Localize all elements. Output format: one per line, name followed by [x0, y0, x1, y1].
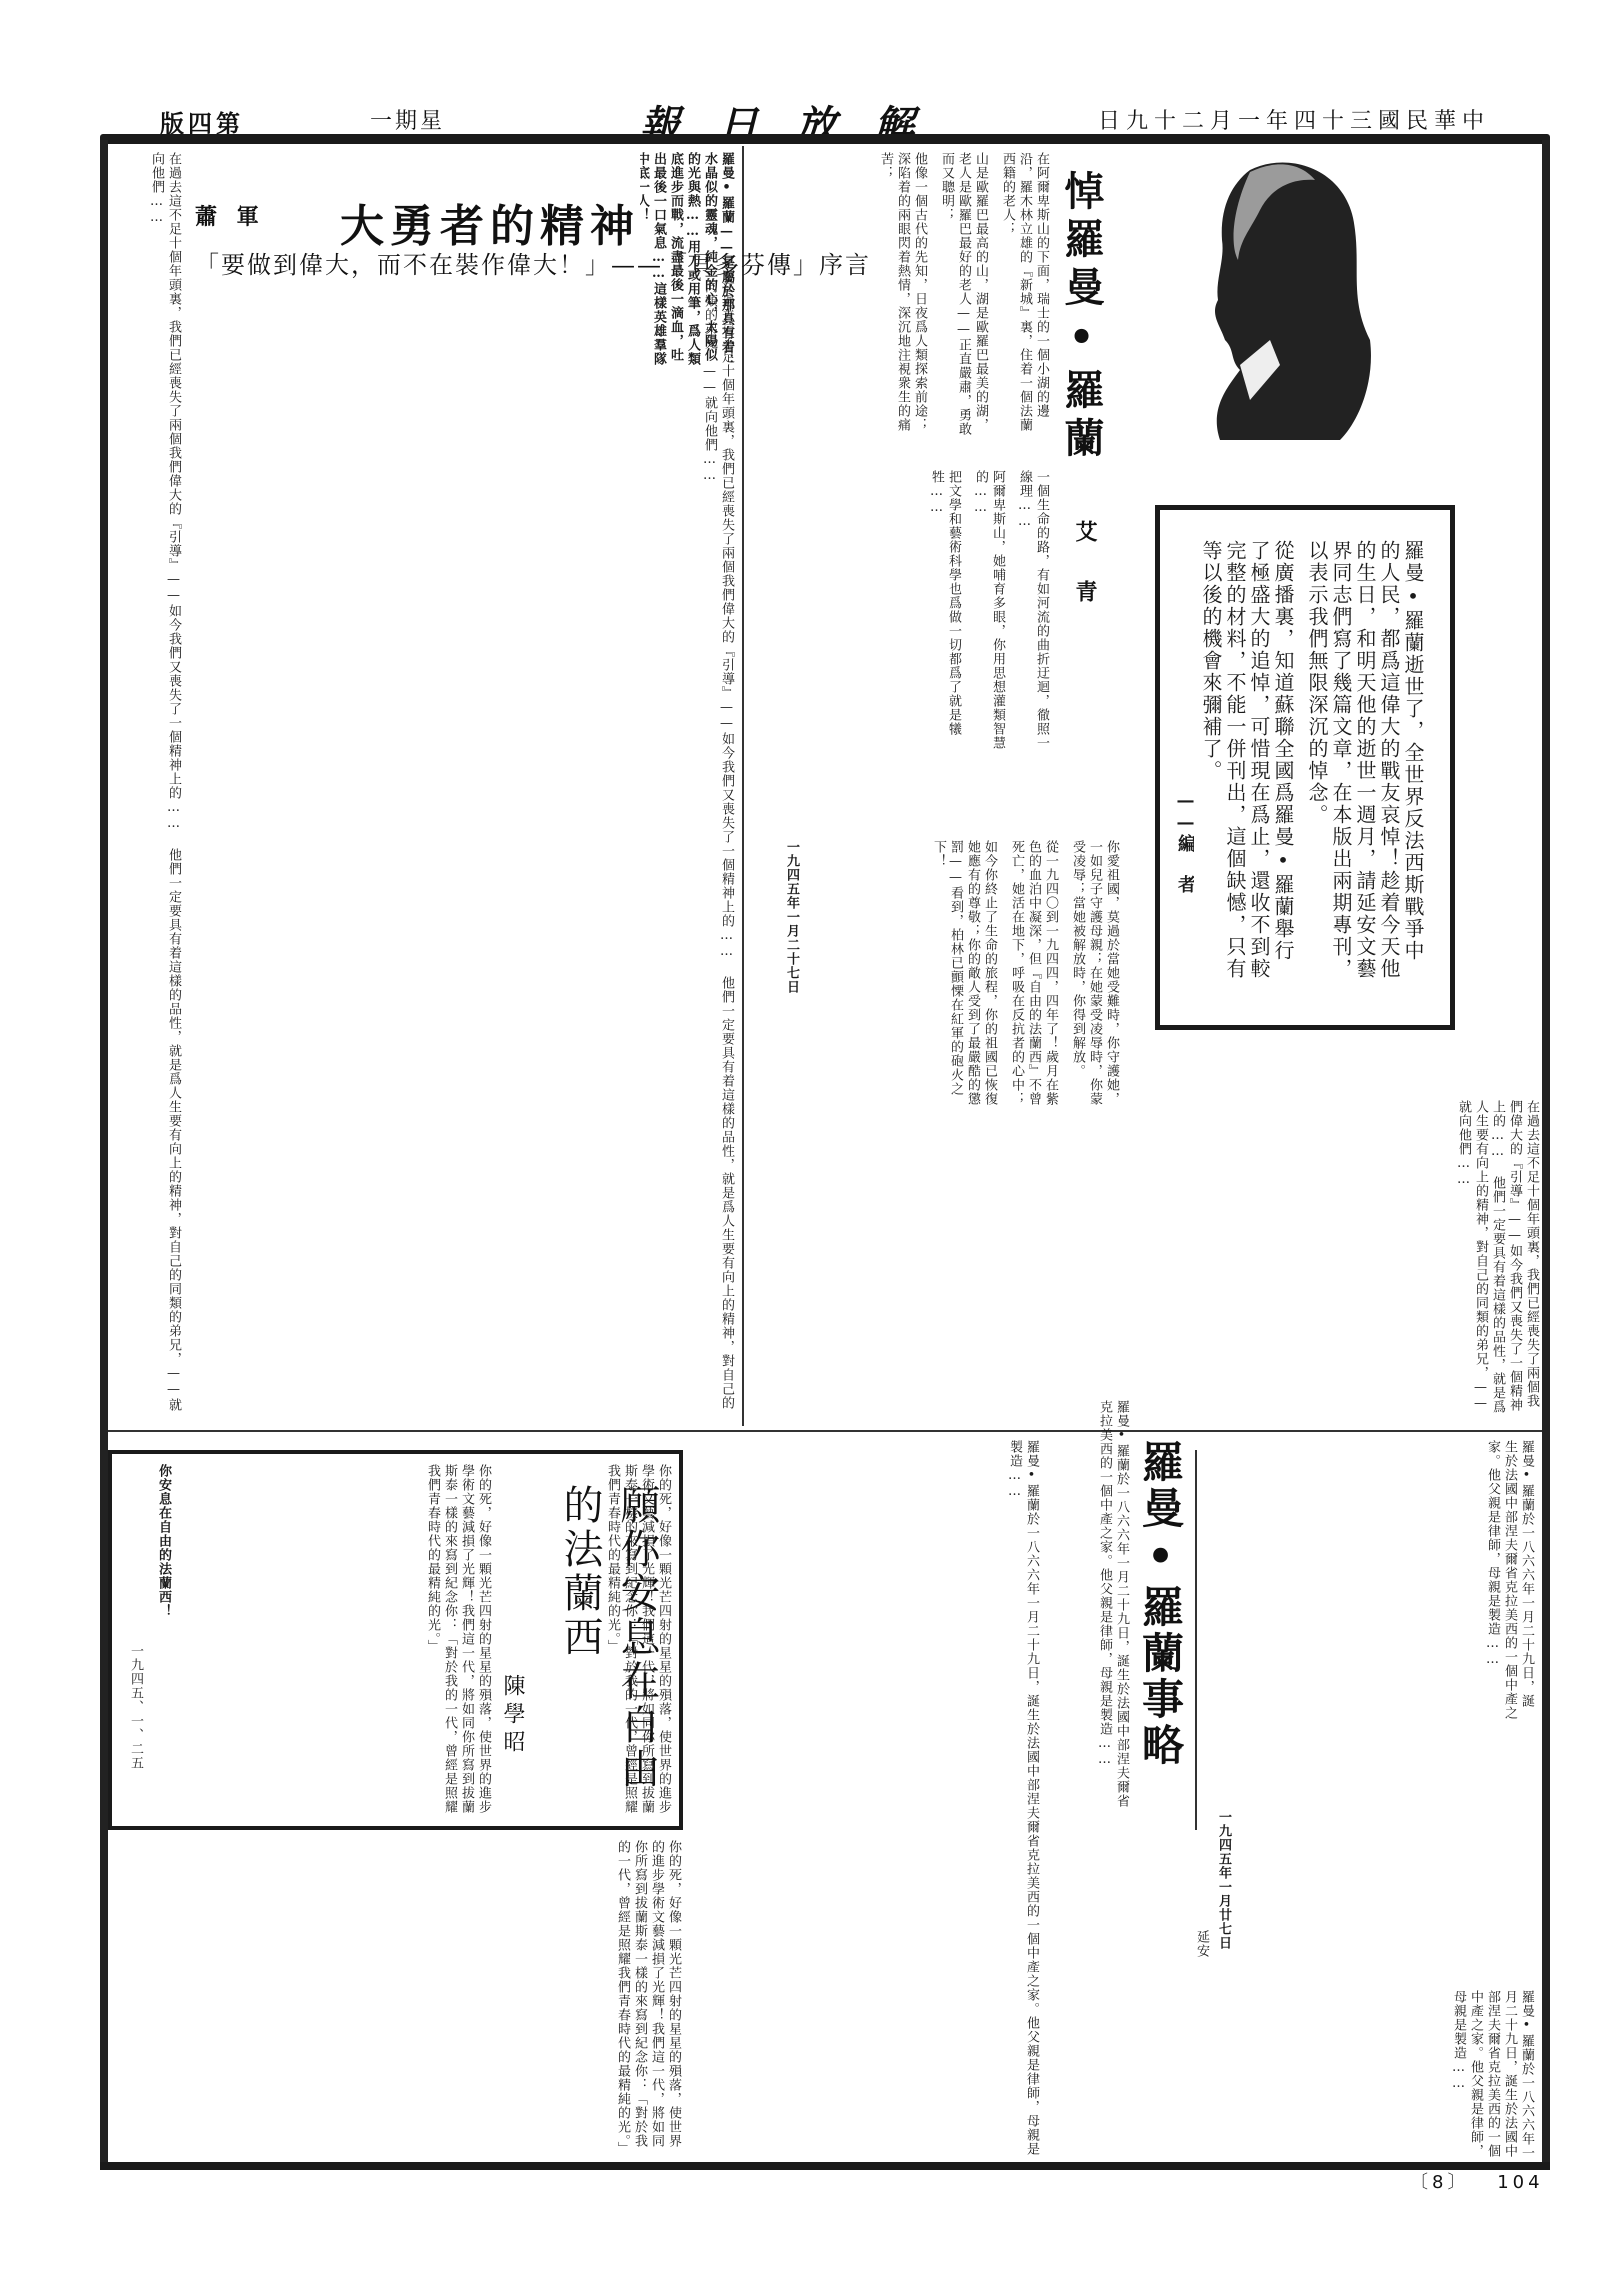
editor-note-text: 羅曼•羅蘭逝世了，全世界反法西斯戰爭中的人民，都爲這偉大的戰友哀悼！趁着今天他的…	[1200, 540, 1425, 980]
poem-verses-top: 在阿爾卑斯山的下面，瑞士的一個小湖的邊沿，羅木林立雄的『新城』裏，住着一個法蘭西…	[760, 152, 1050, 442]
page-number: 〔8〕	[1410, 2172, 1469, 2193]
romain-rolland-portrait-icon	[1180, 150, 1380, 450]
section-divider	[108, 1430, 1542, 1432]
editor-note-paragraph: 羅曼•羅蘭逝世了，全世界反法西斯戰爭中的人民，都爲這偉大的戰友哀悼！趁着今天他的…	[1305, 540, 1425, 980]
rest-in-peace-author: 陳學昭	[497, 1674, 528, 1758]
rest-in-peace-body: 你的死，好像一顆光芒四射的星星的殞落，使世界的進步學術文藝減損了光輝！我們這一代…	[602, 1464, 672, 1814]
verse: 從一九四〇到一九四四，四年了！歲月在紫色的血泊中凝深，但『自由的法蘭西』不曾死亡…	[1008, 840, 1059, 1110]
column-divider	[1195, 1450, 1197, 1830]
biography-title: 羅曼•羅蘭事略	[1130, 1440, 1190, 1769]
verse: 把文學和藝術科學也爲做一切都爲了就是犧牲……	[928, 470, 962, 750]
biography-body: 羅曼•羅蘭於一八六六年一月二十九日，誕生於法國中部涅夫爾省克拉美西的一個中產之家…	[1200, 1440, 1535, 1720]
verse: 阿爾卑斯山，她哺育多眼，你用思想灌類智慧的……	[972, 470, 1006, 750]
biography-place: 延安	[1190, 1930, 1210, 1990]
verse: 他像一個古代的先知，日夜爲人類探索前途；深陷着的兩眼閃着熱情，深沉地注視衆生的痛…	[877, 152, 928, 442]
page-footer: 〔8〕 104	[1410, 2168, 1544, 2194]
poem-title: 悼羅曼•羅蘭	[1053, 170, 1110, 465]
folio-number: 104	[1497, 2172, 1543, 2193]
top-rule	[100, 134, 1550, 144]
lower-columns-right: 羅曼•羅蘭於一八六六年一月二十九日，誕生於法國中部涅夫爾省克拉美西的一個中產之家…	[1050, 1990, 1535, 2160]
rest-in-peace-closing: 你安息在自由的法蘭西！	[152, 1464, 172, 1664]
poem-date: 一九四五年一月二十七日	[780, 840, 800, 1060]
masthead: 版四第 一期星 報日放解 日九十二月一年四十三國民華中	[100, 100, 1550, 136]
date-label: 日九十二月一年四十三國民華中	[1098, 104, 1490, 135]
verse: 在阿爾卑斯山的下面，瑞士的一個小湖的邊沿，羅木林立雄的『新城』裏，住着一個法蘭西…	[999, 152, 1050, 442]
editor-note-paragraph: 從廣播裏，知道蘇聯全國爲羅曼•羅蘭舉行了極盛大的追悼，可惜現在爲止，還收不到較完…	[1200, 540, 1295, 980]
lower-columns-left: 你的死，好像一顆光芒四射的星星的殞落，使世界的進步學術文藝減損了光輝！我們這一代…	[112, 1840, 682, 2160]
article-body-continued: 在過去這不足十個年頭裏，我們已經喪失了兩個我們偉大的『引導』——如今我們又喪失了…	[112, 152, 182, 1422]
verse: 山是歐羅巴最高的山，湖是歐羅巴最美的湖，老人是歐羅巴最好的老人——正直嚴肅，勇敢…	[938, 152, 989, 442]
poem-author: 艾 青	[1070, 520, 1101, 608]
article-body: 在過去這不足十個年頭裏，我們已經喪失了兩個我們偉大的『引導』——如今我們又喪失了…	[180, 280, 735, 1420]
poem-verses-bottom: 你愛祖國，莫過於當她受難時，你守護她，一如兒子守護母親；在她蒙受凌辱時，你蒙受凌…	[780, 840, 1120, 1110]
portrait-image	[1180, 150, 1380, 450]
biography-date: 一九四五年一月廿七日	[1210, 1810, 1232, 1980]
poem-verses-middle: 一個生命的路，有如河流的曲折迂迴，徹照一線理…… 阿爾卑斯山，她哺育多眼，你用思…	[760, 470, 1050, 750]
editor-note-box: 羅曼•羅蘭逝世了，全世界反法西斯戰爭中的人民，都爲這偉大的戰友哀悼！趁着今天他的…	[1155, 505, 1455, 1030]
biography-intro: 羅曼•羅蘭於一八六六年一月二十九日，誕生於法國中部涅夫爾省克拉美西的一個中產之家…	[1050, 1400, 1130, 1820]
rest-in-peace-box: 願你安息在自由的法蘭西 陳學昭 你的死，好像一顆光芒四射的星星的殞落，使世界的進…	[108, 1450, 683, 1830]
editor-signature: ——編 者	[1170, 790, 1194, 930]
right-border	[1542, 140, 1550, 2170]
verse: 你愛祖國，莫過於當她受難時，你守護她，一如兒子守護母親；在她蒙受凌辱時，你蒙受凌…	[1069, 840, 1120, 1110]
rest-in-peace-date: 一九四五、一、二五	[124, 1644, 144, 1814]
verse: 一個生命的路，有如河流的曲折迂迴，徹照一線理……	[1016, 470, 1050, 750]
article-author: 蕭 軍	[195, 200, 265, 231]
left-border	[100, 140, 108, 2170]
weekday-label: 一期星	[370, 104, 445, 135]
rest-in-peace-body-continued: 你的死，好像一顆光芒四射的星星的殞落，使世界的進步學術文藝減損了光輝！我們這一代…	[172, 1464, 492, 1814]
article-subtitle: 「要做到偉大，而不在裝作偉大！」——「貝多芬傳」序言	[195, 245, 871, 280]
article-continuation: 在過去這不足十個年頭裏，我們已經喪失了兩個我們偉大的『引導』——如今我們又喪失了…	[740, 1100, 1540, 1420]
verse: 如今你終止了生命的旅程，你的祖國已恢復她應有的尊敬；你的敵人受到了最嚴酷的懲罰—…	[930, 840, 998, 1110]
lower-columns-middle: 羅曼•羅蘭於一八六六年一月二十九日，誕生於法國中部涅夫爾省克拉美西的一個中產之家…	[690, 1440, 1040, 2160]
bottom-rule	[100, 2162, 1550, 2170]
